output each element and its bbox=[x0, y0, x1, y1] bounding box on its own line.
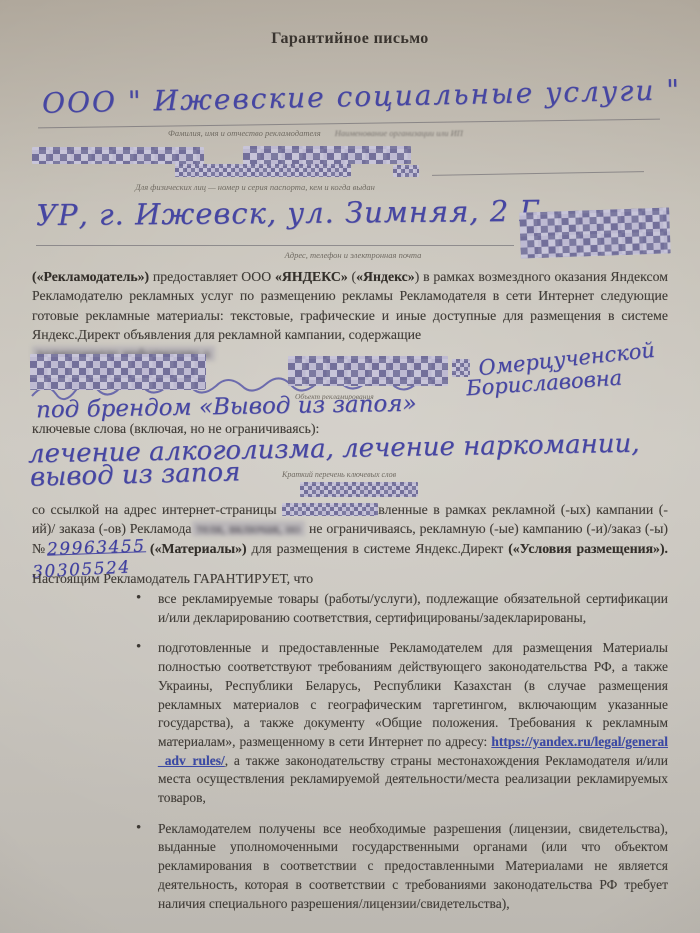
redacted-block bbox=[393, 165, 419, 177]
bold-term-yandex: «ЯНДЕКС» bbox=[275, 269, 348, 284]
terms-text: со ссылкой на адрес интернет-страницы bbox=[32, 502, 282, 517]
bullet-text: подготовленные и предоставленные Рекламо… bbox=[158, 640, 668, 749]
intro-paragraph: («Рекламодатель») предоставляет ООО «ЯНД… bbox=[32, 267, 668, 345]
guarantee-bullet-list: все рекламируемые товары (работы/услуги)… bbox=[130, 590, 668, 925]
redacted-block bbox=[519, 207, 671, 258]
bold-term-advertiser: («Рекламодатель») bbox=[32, 269, 149, 284]
passport-caption: Для физических лиц — номер и серия паспо… bbox=[90, 182, 420, 192]
redacted-block bbox=[30, 354, 206, 390]
address-caption: Адрес, телефон и электронная почта bbox=[248, 250, 458, 260]
bullet-item-compliance: подготовленные и предоставленные Рекламо… bbox=[130, 639, 668, 807]
redacted-block bbox=[243, 146, 411, 164]
form-underline bbox=[38, 119, 660, 129]
blurred-text: теля, включая, но bbox=[192, 521, 306, 536]
bullet-item-certification: все рекламируемые товары (работы/услуги)… bbox=[130, 590, 668, 627]
redacted-block bbox=[32, 147, 204, 164]
advertiser-caption-part1: Фамилия, имя и отчество рекламодателя bbox=[168, 128, 321, 138]
form-underline bbox=[36, 245, 514, 246]
redacted-block bbox=[452, 359, 470, 377]
redacted-block bbox=[300, 482, 418, 497]
advertiser-caption: Фамилия, имя и отчество рекламодателя На… bbox=[168, 128, 598, 138]
campaign-number-handwritten: 29963455 bbox=[46, 541, 145, 555]
guarantee-letter-photo: Гарантийное письмо ООО " Ижевские социал… bbox=[0, 0, 700, 933]
page-title: Гарантийное письмо bbox=[0, 30, 700, 48]
intro-text: предоставляет ООО bbox=[149, 269, 275, 284]
bullet-text: все рекламируемые товары (работы/услуги)… bbox=[158, 591, 668, 625]
terms-paragraph: со ссылкой на адрес интернет-страницы вл… bbox=[32, 500, 668, 578]
form-underline bbox=[432, 171, 644, 176]
redacted-block bbox=[175, 164, 351, 177]
bullet-text: Рекламодателем получены все необходимые … bbox=[158, 821, 668, 911]
bullet-text: , а также законодательству страны местон… bbox=[158, 753, 668, 805]
bold-term-yandex2: «Яндекс» bbox=[356, 269, 415, 284]
bold-term-materials: («Материалы») bbox=[150, 541, 247, 556]
address-handwritten: УР, г. Ижевск, ул. Зимняя, 2 Г bbox=[36, 194, 540, 232]
bullet-item-licenses: Рекламодателем получены все необходимые … bbox=[130, 820, 668, 914]
advertiser-name-handwritten: ООО " Ижевские социальные услуги " bbox=[42, 73, 682, 119]
advertiser-caption-part2: Наименование организации или ИП bbox=[335, 128, 463, 138]
bold-term-conditions: («Условия размещения»). bbox=[508, 541, 668, 556]
terms-text: для размещения в системе Яндекс.Директ bbox=[247, 541, 509, 556]
guarantee-line: Настоящим Рекламодатель ГАРАНТИРУЕТ, что bbox=[32, 569, 532, 588]
redacted-inline bbox=[282, 503, 378, 516]
intro-text: ( bbox=[348, 269, 356, 284]
keywords-caption: Краткий перечень ключевых слов bbox=[282, 470, 396, 480]
keywords-handwritten-line2: вывод из запоя bbox=[30, 457, 241, 492]
redacted-block bbox=[288, 356, 448, 386]
